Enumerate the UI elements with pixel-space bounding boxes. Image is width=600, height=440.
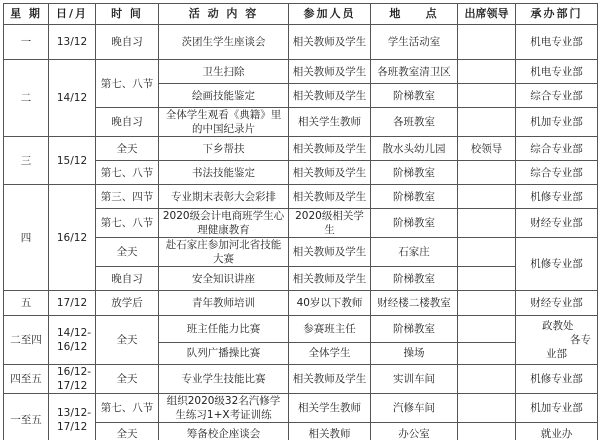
location-cell: 学生活动室 — [371, 25, 458, 60]
time-cell: 全天 — [96, 137, 159, 161]
time-cell: 第七、八节 — [96, 161, 159, 185]
date-cell: 14/12 — [49, 60, 96, 137]
weekday-cell: 二 — [4, 60, 49, 137]
date-cell: 16/12 — [49, 185, 96, 291]
time-cell: 放学后 — [96, 291, 159, 316]
leader-cell — [458, 84, 516, 108]
weekday-cell: 五 — [4, 291, 49, 316]
participants-cell: 相关教师及学生 — [289, 84, 371, 108]
department-cell: 机加专业部 — [516, 394, 598, 423]
location-cell: 阶梯教室 — [371, 161, 458, 185]
table-row: 四 16/12 第三、四节 专业期末表彰大会彩排 相关教师及学生 阶梯教室 机修… — [4, 185, 598, 209]
header-weekday: 星 期 — [4, 4, 49, 25]
leader-cell — [458, 291, 516, 316]
weekday-cell: 二至四 — [4, 316, 49, 365]
location-cell: 实训车间 — [371, 365, 458, 394]
table-row: 二 14/12 第七、八节 卫生扫除 相关教师及学生 各班教室清卫区 机电专业部 — [4, 60, 598, 84]
leader-cell — [458, 60, 516, 84]
header-time: 时 间 — [96, 4, 159, 25]
activity-cell: 2020级会计电商班学生心理健康教育 — [159, 209, 289, 238]
location-cell: 汽修车间 — [371, 394, 458, 423]
participants-cell: 相关教师及学生 — [289, 137, 371, 161]
activity-cell: 卫生扫除 — [159, 60, 289, 84]
activity-cell: 专业学生技能比赛 — [159, 365, 289, 394]
table-row: 一至五 13/12-17/12 第七、八节 组织2020级32名汽修学生练习1+… — [4, 394, 598, 423]
location-cell: 石家庄 — [371, 238, 458, 267]
department-combo: 政教处 各专 业部 — [516, 316, 597, 364]
participants-cell: 2020级相关学生 — [289, 209, 371, 238]
department-cell: 机修专业部 — [516, 238, 598, 291]
leader-cell — [458, 342, 516, 364]
header-location: 地 点 — [371, 4, 458, 25]
department-cell: 机电专业部 — [516, 25, 598, 60]
department-part: 各专 — [570, 333, 591, 347]
weekday-cell: 一至五 — [4, 394, 49, 440]
leader-cell — [458, 185, 516, 209]
header-leader: 出席领导 — [458, 4, 516, 25]
location-cell: 阶梯教室 — [371, 316, 458, 343]
date-cell: 13/12-17/12 — [49, 394, 96, 440]
participants-cell: 相关教师及学生 — [289, 161, 371, 185]
date-cell: 13/12 — [49, 25, 96, 60]
participants-cell: 相关教师 — [289, 423, 371, 440]
department-cell: 综合专业部 — [516, 161, 598, 185]
location-cell: 阶梯教室 — [371, 84, 458, 108]
department-cell: 政教处 各专 业部 — [516, 316, 598, 365]
activity-cell: 队列广播操比赛 — [159, 342, 289, 364]
location-cell: 阶梯教室 — [371, 185, 458, 209]
activity-cell: 组织2020级32名汽修学生练习1+X考证训练 — [159, 394, 289, 423]
time-cell: 全天 — [96, 423, 159, 440]
location-cell: 阶梯教室 — [371, 209, 458, 238]
participants-cell: 相关教师及学生 — [289, 365, 371, 394]
department-cell: 财经专业部 — [516, 291, 598, 316]
location-cell: 办公室 — [371, 423, 458, 440]
time-cell: 晚自习 — [96, 267, 159, 291]
header-activity: 活 动 内 容 — [159, 4, 289, 25]
leader-cell: 校领导 — [458, 137, 516, 161]
activity-cell: 全体学生观看《典籍》里的中国纪录片 — [159, 108, 289, 137]
department-cell: 财经专业部 — [516, 209, 598, 238]
location-cell: 阶梯教室 — [371, 267, 458, 291]
activity-cell: 班主任能力比赛 — [159, 316, 289, 343]
table-row: 五 17/12 放学后 青年教师培训 40岁以下教师 财经楼二楼教室 财经专业部 — [4, 291, 598, 316]
weekday-cell: 一 — [4, 25, 49, 60]
activity-cell: 青年教师培训 — [159, 291, 289, 316]
leader-cell — [458, 209, 516, 238]
location-cell: 财经楼二楼教室 — [371, 291, 458, 316]
activity-cell: 下乡帮扶 — [159, 137, 289, 161]
department-part: 业部 — [546, 347, 567, 361]
participants-cell: 参赛班主任 — [289, 316, 371, 343]
date-cell: 17/12 — [49, 291, 96, 316]
header-date: 日/月 — [49, 4, 96, 25]
activity-cell: 安全知识讲座 — [159, 267, 289, 291]
time-cell: 第三、四节 — [96, 185, 159, 209]
table-row: 一 13/12 晚自习 茨团生学生座谈会 相关教师及学生 学生活动室 机电专业部 — [4, 25, 598, 60]
date-cell: 15/12 — [49, 137, 96, 185]
leader-cell — [458, 394, 516, 423]
table-row: 二至四 14/12-16/12 全天 班主任能力比赛 参赛班主任 阶梯教室 政教… — [4, 316, 598, 343]
weekly-schedule-table: 星 期 日/月 时 间 活 动 内 容 参加人员 地 点 出席领导 承办部门 一… — [3, 3, 598, 440]
table-row: 三 15/12 全天 下乡帮扶 相关教师及学生 散水头幼儿园 校领导 综合专业部 — [4, 137, 598, 161]
department-cell: 综合专业部 — [516, 137, 598, 161]
location-cell: 散水头幼儿园 — [371, 137, 458, 161]
participants-cell: 相关教师及学生 — [289, 60, 371, 84]
time-cell: 第七、八节 — [96, 209, 159, 238]
weekday-cell: 四至五 — [4, 365, 49, 394]
time-cell: 第七、八节 — [96, 394, 159, 423]
leader-cell — [458, 423, 516, 440]
time-cell: 晚自习 — [96, 108, 159, 137]
participants-cell: 相关教师及学生 — [289, 267, 371, 291]
department-cell: 机修专业部 — [516, 365, 598, 394]
department-cell: 机电专业部 — [516, 60, 598, 84]
department-cell: 机加专业部 — [516, 108, 598, 137]
leader-cell — [458, 161, 516, 185]
participants-cell: 40岁以下教师 — [289, 291, 371, 316]
leader-cell — [458, 267, 516, 291]
department-cell: 机修专业部 — [516, 185, 598, 209]
activity-cell: 专业期末表彰大会彩排 — [159, 185, 289, 209]
activity-cell: 筹备校企座谈会 — [159, 423, 289, 440]
time-cell: 第七、八节 — [96, 60, 159, 108]
participants-cell: 相关教师及学生 — [289, 238, 371, 267]
location-cell: 各班教室 — [371, 108, 458, 137]
time-cell: 全天 — [96, 238, 159, 267]
header-row: 星 期 日/月 时 间 活 动 内 容 参加人员 地 点 出席领导 承办部门 — [4, 4, 598, 25]
location-cell: 各班教室清卫区 — [371, 60, 458, 84]
department-part: 政教处 — [542, 319, 574, 333]
header-department: 承办部门 — [516, 4, 598, 25]
time-cell: 晚自习 — [96, 25, 159, 60]
leader-cell — [458, 108, 516, 137]
participants-cell: 相关教师及学生 — [289, 25, 371, 60]
activity-cell: 茨团生学生座谈会 — [159, 25, 289, 60]
leader-cell — [458, 238, 516, 267]
department-cell: 就业办 — [516, 423, 598, 440]
participants-cell: 相关学生教师 — [289, 108, 371, 137]
location-cell: 操场 — [371, 342, 458, 364]
table-row: 四至五 16/12-17/12 全天 专业学生技能比赛 相关教师及学生 实训车间… — [4, 365, 598, 394]
leader-cell — [458, 316, 516, 343]
time-cell: 全天 — [96, 365, 159, 394]
date-cell: 16/12-17/12 — [49, 365, 96, 394]
weekday-cell: 三 — [4, 137, 49, 185]
activity-cell: 书法技能鉴定 — [159, 161, 289, 185]
weekday-cell: 四 — [4, 185, 49, 291]
participants-cell: 全体学生 — [289, 342, 371, 364]
activity-cell: 绘画技能鉴定 — [159, 84, 289, 108]
header-participants: 参加人员 — [289, 4, 371, 25]
participants-cell: 相关教师及学生 — [289, 185, 371, 209]
leader-cell — [458, 25, 516, 60]
time-cell: 全天 — [96, 316, 159, 365]
date-cell: 14/12-16/12 — [49, 316, 96, 365]
participants-cell: 相关学生教师 — [289, 394, 371, 423]
department-cell: 综合专业部 — [516, 84, 598, 108]
leader-cell — [458, 365, 516, 394]
activity-cell: 赴石家庄参加河北省技能大赛 — [159, 238, 289, 267]
